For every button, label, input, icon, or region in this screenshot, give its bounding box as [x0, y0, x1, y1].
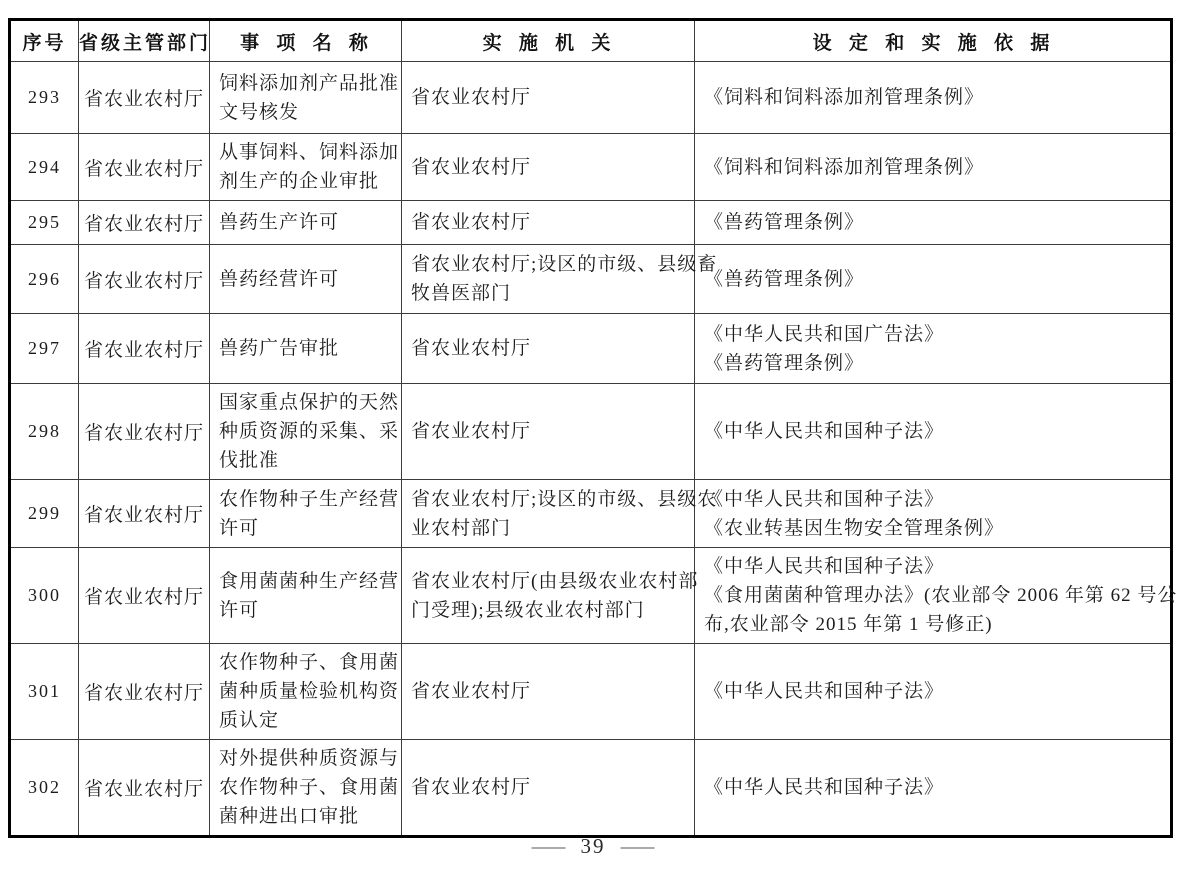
cell-seq-number: 301: [10, 644, 79, 740]
text-line: 省农业农村厅: [411, 153, 688, 182]
cell-department: 省农业农村厅: [79, 245, 210, 314]
cell-legal-basis: 《中华人民共和国广告法》《兽药管理条例》: [695, 314, 1172, 384]
text-line: 对外提供种质资源与: [219, 744, 395, 773]
text-line: 《中华人民共和国种子法》: [704, 773, 1164, 802]
approval-items-table: 序号 省级主管部门 事 项 名 称 实 施 机 关 设 定 和 实 施 依 据 …: [8, 18, 1173, 838]
cell-agency: 省农业农村厅: [402, 134, 695, 201]
cell-legal-basis: 《饲料和饲料添加剂管理条例》: [695, 62, 1172, 134]
cell-item-name: 饲料添加剂产品批准文号核发: [210, 62, 402, 134]
cell-legal-basis: 《中华人民共和国种子法》: [695, 644, 1172, 740]
col-header-basis: 设 定 和 实 施 依 据: [695, 20, 1172, 62]
text-line: 《中华人民共和国广告法》: [704, 320, 1164, 349]
col-header-name: 事 项 名 称: [210, 20, 402, 62]
text-line: 门受理);县级农业农村部门: [411, 596, 688, 625]
cell-legal-basis: 《兽药管理条例》: [695, 201, 1172, 245]
text-line: 剂生产的企业审批: [219, 167, 395, 196]
table-row: 294 省农业农村厅 从事饲料、饲料添加剂生产的企业审批 省农业农村厅 《饲料和…: [10, 134, 1172, 201]
cell-seq-number: 296: [10, 245, 79, 314]
text-line: 农作物种子、食用菌: [219, 648, 395, 677]
cell-legal-basis: 《饲料和饲料添加剂管理条例》: [695, 134, 1172, 201]
text-line: 《中华人民共和国种子法》: [704, 417, 1164, 446]
text-line: 伐批准: [219, 446, 395, 475]
text-line: 农作物种子、食用菌: [219, 773, 395, 802]
table-row: 300 省农业农村厅 食用菌菌种生产经营许可 省农业农村厅(由县级农业农村部门受…: [10, 548, 1172, 644]
cell-seq-number: 295: [10, 201, 79, 245]
cell-seq-number: 293: [10, 62, 79, 134]
cell-department: 省农业农村厅: [79, 480, 210, 548]
text-line: 业农村部门: [411, 514, 688, 543]
text-line: 《饲料和饲料添加剂管理条例》: [704, 83, 1164, 112]
text-line: 种质资源的采集、采: [219, 417, 395, 446]
text-line: 布,农业部令 2015 年第 1 号修正): [704, 610, 1164, 639]
cell-item-name: 农作物种子、食用菌菌种质量检验机构资质认定: [210, 644, 402, 740]
cell-department: 省农业农村厅: [79, 314, 210, 384]
page-number: 39: [581, 834, 606, 858]
cell-agency: 省农业农村厅;设区的市级、县级农业农村部门: [402, 480, 695, 548]
text-line: 饲料添加剂产品批准: [219, 69, 395, 98]
text-line: 兽药广告审批: [219, 334, 395, 363]
text-line: 《兽药管理条例》: [704, 265, 1164, 294]
cell-agency: 省农业农村厅: [402, 314, 695, 384]
cell-department: 省农业农村厅: [79, 134, 210, 201]
cell-seq-number: 302: [10, 740, 79, 837]
text-line: 省农业农村厅: [411, 773, 688, 802]
table-row: 295 省农业农村厅 兽药生产许可 省农业农村厅 《兽药管理条例》: [10, 201, 1172, 245]
text-line: 许可: [219, 596, 395, 625]
cell-legal-basis: 《中华人民共和国种子法》: [695, 384, 1172, 480]
col-header-seq: 序号: [10, 20, 79, 62]
text-line: 农作物种子生产经营: [219, 485, 395, 514]
cell-agency: 省农业农村厅: [402, 384, 695, 480]
cell-legal-basis: 《中华人民共和国种子法》: [695, 740, 1172, 837]
text-line: 菌种质量检验机构资: [219, 677, 395, 706]
cell-legal-basis: 《中华人民共和国种子法》《食用菌菌种管理办法》(农业部令 2006 年第 62 …: [695, 548, 1172, 644]
table-row: 301 省农业农村厅 农作物种子、食用菌菌种质量检验机构资质认定 省农业农村厅 …: [10, 644, 1172, 740]
text-line: 许可: [219, 514, 395, 543]
text-line: 《兽药管理条例》: [704, 349, 1164, 378]
cell-item-name: 从事饲料、饲料添加剂生产的企业审批: [210, 134, 402, 201]
text-line: 菌种进出口审批: [219, 802, 395, 831]
col-header-agency: 实 施 机 关: [402, 20, 695, 62]
cell-item-name: 兽药经营许可: [210, 245, 402, 314]
text-line: 省农业农村厅: [411, 83, 688, 112]
cell-agency: 省农业农村厅: [402, 201, 695, 245]
text-line: 兽药生产许可: [219, 208, 395, 237]
cell-department: 省农业农村厅: [79, 201, 210, 245]
cell-item-name: 农作物种子生产经营许可: [210, 480, 402, 548]
cell-legal-basis: 《中华人民共和国种子法》《农业转基因生物安全管理条例》: [695, 480, 1172, 548]
cell-seq-number: 300: [10, 548, 79, 644]
text-line: 省农业农村厅: [411, 334, 688, 363]
page-footer: — 39 —: [0, 834, 1186, 859]
text-line: 省农业农村厅;设区的市级、县级农: [411, 485, 688, 514]
text-line: 省农业农村厅: [411, 677, 688, 706]
table-row: 299 省农业农村厅 农作物种子生产经营许可 省农业农村厅;设区的市级、县级农业…: [10, 480, 1172, 548]
table-row: 302 省农业农村厅 对外提供种质资源与农作物种子、食用菌菌种进出口审批 省农业…: [10, 740, 1172, 837]
text-line: 《食用菌菌种管理办法》(农业部令 2006 年第 62 号公: [704, 581, 1164, 610]
text-line: 《兽药管理条例》: [704, 208, 1164, 237]
table-row: 298 省农业农村厅 国家重点保护的天然种质资源的采集、采伐批准 省农业农村厅 …: [10, 384, 1172, 480]
table-row: 296 省农业农村厅 兽药经营许可 省农业农村厅;设区的市级、县级畜牧兽医部门 …: [10, 245, 1172, 314]
table-header-row: 序号 省级主管部门 事 项 名 称 实 施 机 关 设 定 和 实 施 依 据: [10, 20, 1172, 62]
cell-agency: 省农业农村厅: [402, 644, 695, 740]
text-line: 食用菌菌种生产经营: [219, 567, 395, 596]
cell-item-name: 对外提供种质资源与农作物种子、食用菌菌种进出口审批: [210, 740, 402, 837]
cell-department: 省农业农村厅: [79, 384, 210, 480]
cell-department: 省农业农村厅: [79, 62, 210, 134]
text-line: 省农业农村厅: [411, 208, 688, 237]
text-line: 省农业农村厅(由县级农业农村部: [411, 567, 688, 596]
text-line: 《中华人民共和国种子法》: [704, 552, 1164, 581]
text-line: 《饲料和饲料添加剂管理条例》: [704, 153, 1164, 182]
table-row: 297 省农业农村厅 兽药广告审批 省农业农村厅 《中华人民共和国广告法》《兽药…: [10, 314, 1172, 384]
cell-item-name: 兽药广告审批: [210, 314, 402, 384]
text-line: 《农业转基因生物安全管理条例》: [704, 514, 1164, 543]
document-page: 序号 省级主管部门 事 项 名 称 实 施 机 关 设 定 和 实 施 依 据 …: [0, 0, 1186, 883]
text-line: 《中华人民共和国种子法》: [704, 677, 1164, 706]
text-line: 从事饲料、饲料添加: [219, 138, 395, 167]
cell-agency: 省农业农村厅: [402, 62, 695, 134]
cell-seq-number: 294: [10, 134, 79, 201]
cell-item-name: 兽药生产许可: [210, 201, 402, 245]
cell-department: 省农业农村厅: [79, 548, 210, 644]
cell-seq-number: 297: [10, 314, 79, 384]
text-line: 牧兽医部门: [411, 279, 688, 308]
text-line: 质认定: [219, 706, 395, 735]
cell-seq-number: 299: [10, 480, 79, 548]
footer-left-dash: —: [532, 834, 566, 859]
cell-department: 省农业农村厅: [79, 740, 210, 837]
text-line: 省农业农村厅: [411, 417, 688, 446]
text-line: 文号核发: [219, 98, 395, 127]
cell-item-name: 食用菌菌种生产经营许可: [210, 548, 402, 644]
cell-agency: 省农业农村厅: [402, 740, 695, 837]
col-header-dept: 省级主管部门: [79, 20, 210, 62]
cell-agency: 省农业农村厅(由县级农业农村部门受理);县级农业农村部门: [402, 548, 695, 644]
text-line: 国家重点保护的天然: [219, 388, 395, 417]
cell-agency: 省农业农村厅;设区的市级、县级畜牧兽医部门: [402, 245, 695, 314]
text-line: 兽药经营许可: [219, 265, 395, 294]
text-line: 省农业农村厅;设区的市级、县级畜: [411, 250, 688, 279]
cell-seq-number: 298: [10, 384, 79, 480]
table-row: 293 省农业农村厅 饲料添加剂产品批准文号核发 省农业农村厅 《饲料和饲料添加…: [10, 62, 1172, 134]
cell-item-name: 国家重点保护的天然种质资源的采集、采伐批准: [210, 384, 402, 480]
cell-department: 省农业农村厅: [79, 644, 210, 740]
footer-right-dash: —: [620, 834, 654, 859]
cell-legal-basis: 《兽药管理条例》: [695, 245, 1172, 314]
text-line: 《中华人民共和国种子法》: [704, 485, 1164, 514]
